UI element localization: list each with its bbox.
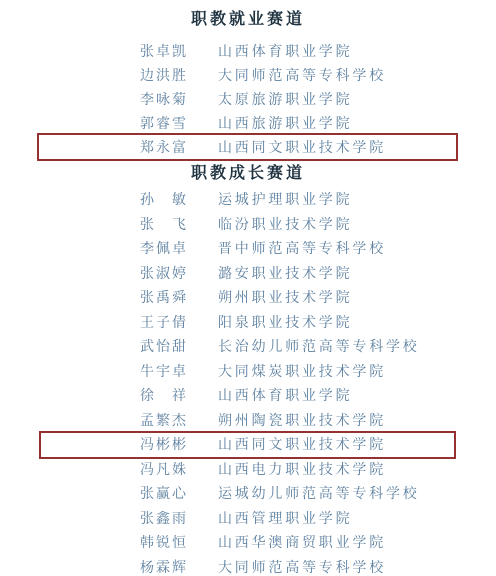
school-name: 朔州陶瓷职业技术学院 — [218, 413, 386, 429]
school-name: 山西华澳商贸职业学院 — [218, 535, 386, 551]
section-title: 职教就业赛道 — [0, 9, 496, 29]
person-name: 张 飞 — [140, 213, 218, 238]
list-row: 张卓凯山西体育职业学院 — [0, 40, 496, 64]
school-name: 山西体育职业学院 — [218, 44, 352, 60]
school-name: 太原旅游职业学院 — [218, 92, 352, 108]
school-name: 山西管理职业学院 — [218, 511, 352, 527]
school-name: 长治幼儿师范高等专科学校 — [218, 339, 420, 355]
school-name: 山西旅游职业学院 — [218, 116, 352, 132]
school-name: 运城幼儿师范高等专科学校 — [218, 486, 420, 502]
person-name: 徐 祥 — [140, 384, 218, 409]
list-row: 冯凡姝山西电力职业技术学院 — [0, 458, 496, 483]
person-name: 韩锐恒 — [140, 531, 218, 556]
document-page: 职教就业赛道张卓凯山西体育职业学院边洪胜大同师范高等专科学校李咏菊太原旅游职业学… — [0, 0, 496, 576]
person-name: 张鑫雨 — [140, 507, 218, 532]
list-row: 张淑婷潞安职业技术学院 — [0, 262, 496, 287]
person-name: 牛宇卓 — [140, 360, 218, 385]
section-title: 职教成长赛道 — [0, 163, 496, 183]
list-row: 韩锐恒山西华澳商贸职业学院 — [0, 531, 496, 556]
list-row: 徐 祥山西体育职业学院 — [0, 384, 496, 409]
person-name: 边洪胜 — [140, 64, 218, 88]
section-1: 职教成长赛道孙 敏运城护理职业学院张 飞临汾职业技术学院李佩卓晋中师范高等专科学… — [0, 160, 496, 576]
award-list: 职教就业赛道张卓凯山西体育职业学院边洪胜大同师范高等专科学校李咏菊太原旅游职业学… — [0, 0, 496, 576]
list-row: 张鑫雨山西管理职业学院 — [0, 507, 496, 532]
person-name: 冯彬彬 — [140, 433, 218, 458]
school-name: 晋中师范高等专科学校 — [218, 241, 386, 257]
list-row: 张禹舜朔州职业技术学院 — [0, 286, 496, 311]
list-row: 郭睿雪山西旅游职业学院 — [0, 112, 496, 136]
person-name: 张赢心 — [140, 482, 218, 507]
list-row: 孙 敏运城护理职业学院 — [0, 188, 496, 213]
school-name: 山西同文职业技术学院 — [218, 140, 386, 156]
person-name: 杨霖辉 — [140, 556, 218, 576]
person-name: 冯凡姝 — [140, 458, 218, 483]
list-row: 张赢心运城幼儿师范高等专科学校 — [0, 482, 496, 507]
person-name: 郭睿雪 — [140, 112, 218, 136]
person-name: 郑永富 — [140, 136, 218, 160]
list-row: 牛宇卓大同煤炭职业技术学院 — [0, 360, 496, 385]
person-name: 张淑婷 — [140, 262, 218, 287]
school-name: 大同师范高等专科学校 — [218, 68, 386, 84]
list-row: 郑永富山西同文职业技术学院 — [0, 136, 496, 160]
school-name: 山西电力职业技术学院 — [218, 462, 386, 478]
school-name: 山西同文职业技术学院 — [218, 437, 386, 453]
school-name: 临汾职业技术学院 — [218, 217, 352, 233]
person-name: 李咏菊 — [140, 88, 218, 112]
school-name: 潞安职业技术学院 — [218, 266, 352, 282]
school-name: 朔州职业技术学院 — [218, 290, 352, 306]
school-name: 山西体育职业学院 — [218, 388, 352, 404]
list-row: 冯彬彬山西同文职业技术学院 — [0, 433, 496, 458]
person-name: 李佩卓 — [140, 237, 218, 262]
school-name: 大同煤炭职业技术学院 — [218, 364, 386, 380]
person-name: 孙 敏 — [140, 188, 218, 213]
section-0: 职教就业赛道张卓凯山西体育职业学院边洪胜大同师范高等专科学校李咏菊太原旅游职业学… — [0, 0, 496, 160]
list-row: 王子倩阳泉职业技术学院 — [0, 311, 496, 336]
person-name: 武怡甜 — [140, 335, 218, 360]
list-row: 杨霖辉大同师范高等专科学校 — [0, 556, 496, 576]
list-row: 张 飞临汾职业技术学院 — [0, 213, 496, 238]
list-row: 李咏菊太原旅游职业学院 — [0, 88, 496, 112]
person-name: 王子倩 — [140, 311, 218, 336]
list-row: 边洪胜大同师范高等专科学校 — [0, 64, 496, 88]
list-row: 武怡甜长治幼儿师范高等专科学校 — [0, 335, 496, 360]
school-name: 阳泉职业技术学院 — [218, 315, 352, 331]
person-name: 孟繁杰 — [140, 409, 218, 434]
person-name: 张禹舜 — [140, 286, 218, 311]
school-name: 运城护理职业学院 — [218, 192, 352, 208]
list-row: 孟繁杰朔州陶瓷职业技术学院 — [0, 409, 496, 434]
list-row: 李佩卓晋中师范高等专科学校 — [0, 237, 496, 262]
school-name: 大同师范高等专科学校 — [218, 560, 386, 576]
person-name: 张卓凯 — [140, 40, 218, 64]
